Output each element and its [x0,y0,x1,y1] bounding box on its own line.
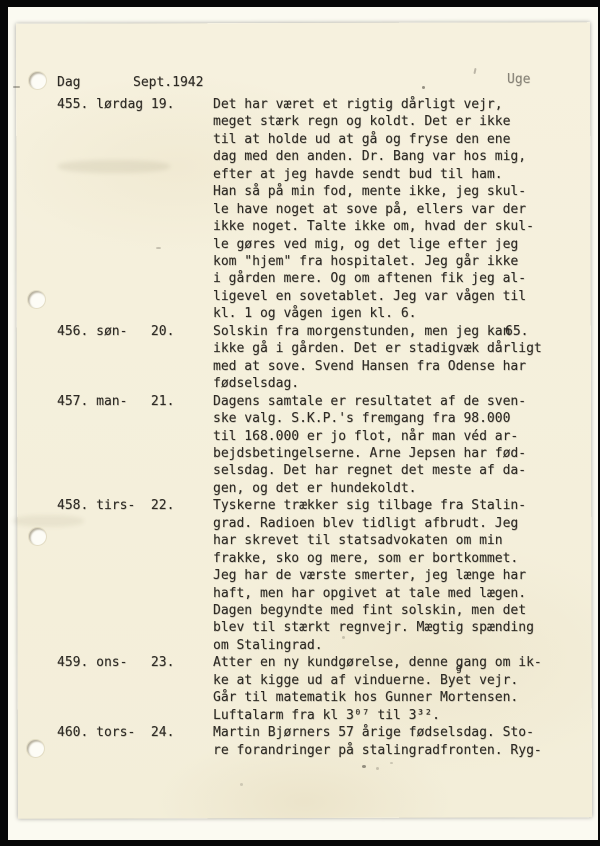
entry-text-line: ske valg. S.K.P.'s fremgang fra 98.000 [213,410,526,427]
erased-text-smudge [58,160,170,173]
entry-text-line: ligevel en sovetablet. Jeg var vågen til [213,288,534,305]
entry-body: Det har været et rigtig dårligt vejr,meg… [213,96,534,323]
header-week-label: Uge [507,71,530,88]
entry-body: Solskin fra morgenstunden, men jeg kanik… [213,323,542,393]
entry-number-label: 458. tirs- 22. [57,497,174,514]
entry-text-line: bejdsbetingelserne. Arne Jepsen har fød- [213,445,526,462]
entry-text-line: fødselsdag. [213,375,542,392]
entry-text-line: Jeg har de værste smerter, jeg længe har [213,567,534,584]
erased-text-smudge [12,515,84,527]
entry-number-label: 459. ons- 23. [57,654,174,671]
ink-speck [422,86,425,89]
entry-text-line: Det har været et rigtig dårligt vejr, [213,96,534,113]
ink-speck [240,783,243,786]
ink-speck [376,767,379,770]
entry-number-label: 457. man- 21. [57,393,174,410]
entry-text-line: Martin Bjørners 57 årige fødselsdag. Sto… [213,724,542,741]
entry-text-line: le gøres ved mig, og det lige efter jeg [213,236,534,253]
entry-text-line: dag med den anden. Dr. Bang var hos mig, [213,148,534,165]
entry-text-line: grad. Radioen blev tidligt afbrudt. Jeg [213,515,534,532]
entry-text-line: har skrevet til statsadvokaten om min [213,532,534,549]
ink-speck [362,765,366,768]
entry-body: Tyskerne trækker sig tilbage fra Stalin-… [213,497,534,654]
entry-body: Dagens samtale er resultatet af de sven-… [213,393,526,498]
entry-text-line: blev til stærkt regnvejr. Mægtig spændin… [213,619,534,636]
entry-text-line: kom "hjem" fra hospitalet. Jeg går ikke [213,253,534,270]
header-day-label: Dag [57,74,80,91]
entry-body: Martin Bjørners 57 årige fødselsdag. Sto… [213,724,542,759]
punch-hole [27,740,44,757]
entry-number-label: 456. søn- 20. [57,323,174,340]
entry-text-line: i gården mere. Og om aftenen fik jeg al- [213,270,534,287]
entry-text-line: kl. 1 og vågen igen kl. 6. [213,305,534,322]
punch-hole [29,528,46,545]
entry-text-line: ke at kigge ud af vinduerne. Byet vejr. [213,672,542,689]
typed-correction-superscript: g [456,664,462,674]
entry-text-line: haft, men har opgivet at tale med lægen. [213,585,534,602]
entry-text-line: til 168.000 er jo flot, når man véd ar- [213,428,526,445]
entry-text-line: Solskin fra morgenstunden, men jeg kan [213,323,542,340]
entry-text-line: med at sove. Svend Hansen fra Odense har [213,358,542,375]
punch-hole [29,72,46,89]
page-number: 65. [505,323,528,340]
entry-text-line: Tyskerne trækker sig tilbage fra Stalin- [213,497,534,514]
entry-text-line: meget stærk regn og koldt. Det er ikke [213,113,534,130]
entry-text-line: re forandringer på stalingradfronten. Ry… [213,742,542,759]
entry-text-line: gen, og det er hundekoldt. [213,480,526,497]
entry-text-line: le have noget at sove på, ellers var der [213,201,534,218]
entry-text-line: selsdag. Det har regnet det meste af da- [213,462,526,479]
entry-text-line: efter at jeg havde sendt bud til ham. [213,166,534,183]
entry-text-line: Han så på min fod, mente ikke, jeg skul- [213,183,534,200]
entry-text-line: ikke gå i gården. Det er stadigvæk dårli… [213,340,542,357]
ink-speck [13,86,20,88]
entry-text-line: frakke, sko og mere, som er bortkommet. [213,550,534,567]
entry-text-line: ikke noget. Talte ikke om, hvad der skul… [213,218,534,235]
entry-number-label: 460. tors- 24. [57,724,174,741]
ink-speck [156,247,161,249]
entry-text-line: om Stalingrad. [213,637,534,654]
entry-text-line: Dagens samtale er resultatet af de sven- [213,393,526,410]
header-month-year: Sept.1942 [133,74,203,91]
punch-hole [28,291,45,308]
entry-text-line: Går til matematik hos Gunner Mortensen. [213,689,542,706]
entry-text-line: Atter en ny kundgørelse, denne gang om i… [213,654,542,671]
entry-text-line: til at holde ud at gå og fryse den ene [213,131,534,148]
ink-speck [390,762,393,764]
entry-number-label: 455. lørdag 19. [57,96,174,113]
entry-body: Atter en ny kundgørelse, denne gang om i… [213,654,542,724]
entry-text-line: Dagen begyndte med fint solskin, men det [213,602,534,619]
entry-text-line: Luftalarm fra kl 3⁰⁷ til 3³². [213,707,542,724]
scanned-diary-page: Dag Sept.1942 Uge 455. lørdag 19.Det har… [0,0,600,846]
